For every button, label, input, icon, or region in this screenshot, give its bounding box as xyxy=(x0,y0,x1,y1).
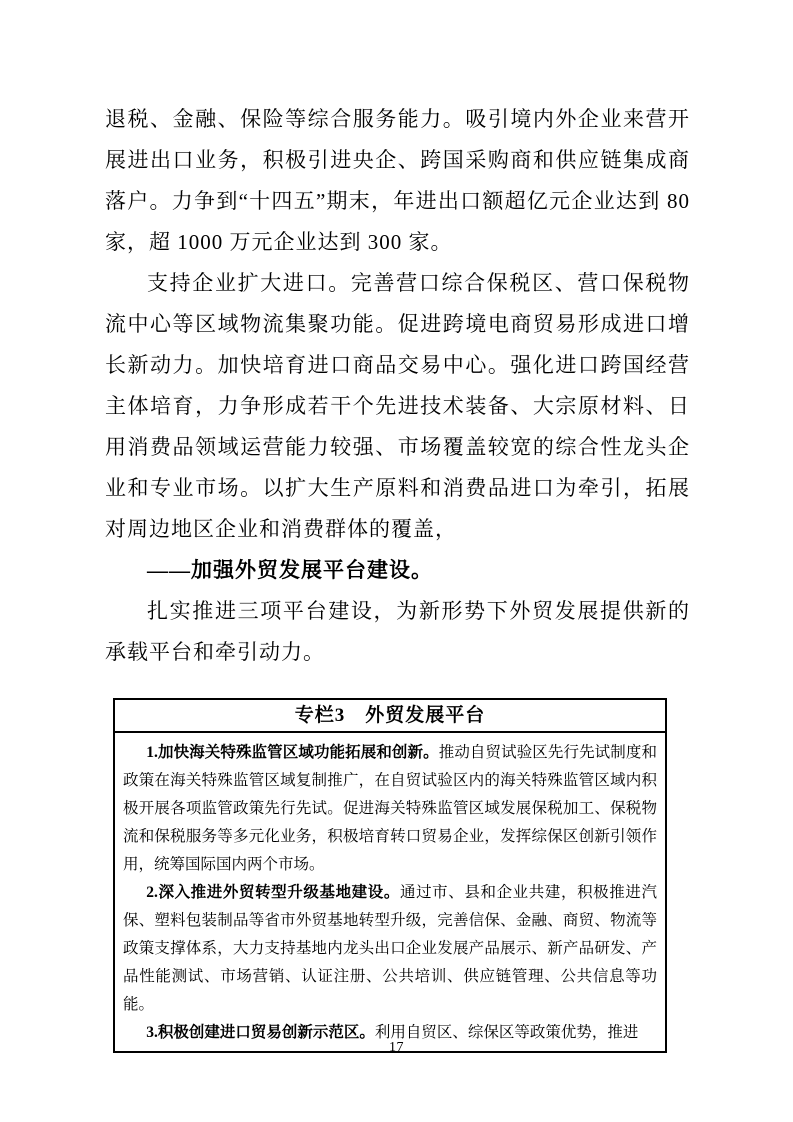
section-heading: ——加强外贸发展平台建设。 xyxy=(105,550,690,591)
item-3-text: 利用自贸区、综保区等政策优势，推进 xyxy=(375,1024,639,1041)
document-content: 退税、金融、保险等综合服务能力。吸引境内外企业来营开展进出口业务，积极引进央企、… xyxy=(105,99,690,1053)
feature-box: 专栏3 外贸发展平台 1.加快海关特殊监管区域功能拓展和创新。推动自贸试验区先行… xyxy=(113,698,667,1053)
feature-box-item-1: 1.加快海关特殊监管区域功能拓展和创新。推动自贸试验区先行先试制度和政策在海关特… xyxy=(123,739,657,879)
document-page: 退税、金融、保险等综合服务能力。吸引境内外企业来营开展进出口业务，积极引进央企、… xyxy=(0,0,793,1122)
feature-box-item-2: 2.深入推进外贸转型升级基地建设。通过市、县和企业共建，积极推进汽保、塑料包装制… xyxy=(123,879,657,1019)
item-3-lead: 3.积极创建进口贸易创新示范区。 xyxy=(146,1024,375,1041)
item-1-text: 推动自贸试验区先行先试制度和政策在海关特殊监管区域复制推广，在自贸试验区内的海关… xyxy=(123,744,657,873)
item-2-text: 通过市、县和企业共建，积极推进汽保、塑料包装制品等省市外贸基地转型升级，完善信保… xyxy=(123,884,657,1013)
feature-box-body: 1.加快海关特殊监管区域功能拓展和创新。推动自贸试验区先行先试制度和政策在海关特… xyxy=(115,733,665,1051)
item-2-lead: 2.深入推进外贸转型升级基地建设。 xyxy=(146,884,400,901)
item-1-lead: 1.加快海关特殊监管区域功能拓展和创新。 xyxy=(146,744,438,761)
paragraph-expand-import: 支持企业扩大进口。完善营口综合保税区、营口保税物流中心等区域物流集聚功能。促进跨… xyxy=(105,263,690,550)
page-number: 17 xyxy=(0,1040,793,1056)
feature-box-title: 专栏3 外贸发展平台 xyxy=(115,700,665,733)
paragraph-platforms: 扎实推进三项平台建设，为新形势下外贸发展提供新的承载平台和牵引动力。 xyxy=(105,591,690,673)
paragraph-continuation: 退税、金融、保险等综合服务能力。吸引境内外企业来营开展进出口业务，积极引进央企、… xyxy=(105,99,690,263)
